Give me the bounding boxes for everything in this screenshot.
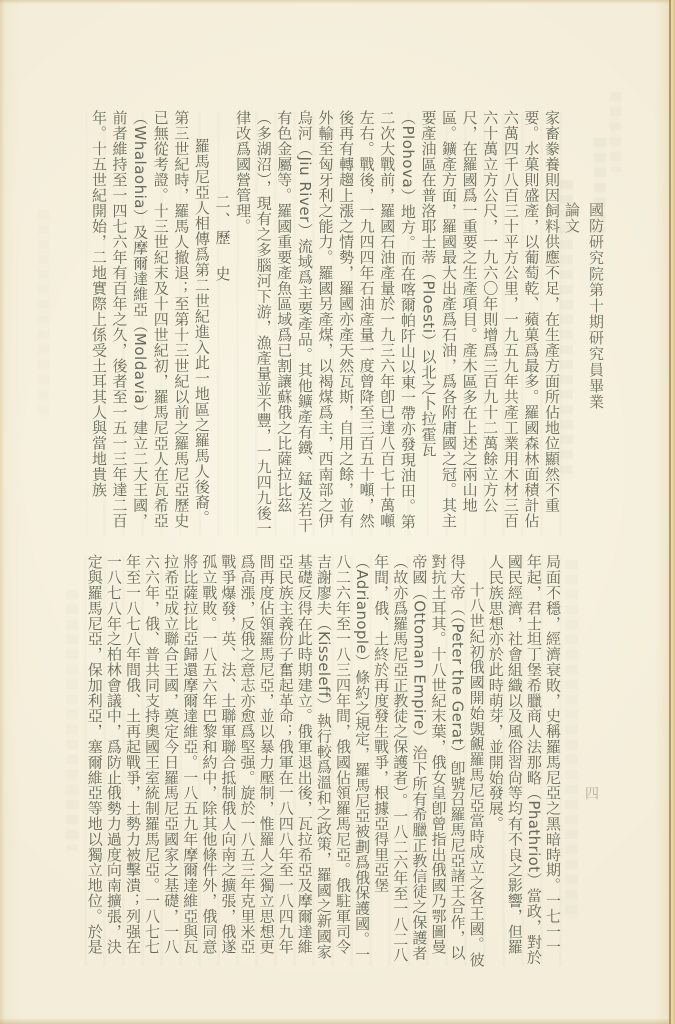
- scanned-page: 國防研究院第十期研究員畢業論文 四 家畜豢養則因飼料供應不足，在生產方面所佔地位…: [0, 0, 675, 1024]
- page-edge-top: [0, 0, 675, 4]
- bleed-through-text: [38, 210, 49, 420]
- bleed-through-text: [565, 560, 578, 920]
- lower-text-register: 局面不穩，經濟衰敗，史稱羅馬尼亞之黑暗時期。一七一一年起，君士坦丁堡希臘商人法那…: [84, 554, 562, 968]
- page-edge-right: [667, 0, 675, 1024]
- history-paragraph-continuation: 局面不穩，經濟衰敗，史稱羅馬尼亞之黑暗時期。一七一一年起，君士坦丁堡希臘商人法那…: [486, 554, 562, 968]
- page-binding-line: [669, 0, 671, 1024]
- section-heading-history: 二、歷 史: [212, 110, 233, 538]
- page-edge-bottom: [0, 1018, 675, 1024]
- economy-paragraph-continuation: 家畜豢養則因飼料供應不足，在生產方面所佔地位顯然不重要。水菓則盛產，以葡萄乾、蘋…: [233, 110, 563, 538]
- bleed-through-text: [66, 590, 78, 850]
- folio-page-number: 四: [579, 786, 601, 812]
- upper-text-register: 家畜豢養則因飼料供應不足，在生產方面所佔地位顯然不重要。水菓則盛產，以葡萄乾、蘋…: [86, 110, 562, 538]
- running-head-title: 國防研究院第十期研究員畢業論文: [582, 202, 608, 412]
- page-edge-left: [0, 0, 5, 1024]
- russian-influence-paragraph: 十八世紀初俄國開始覬覦羅馬尼亞當時成立之各王國。彼得大帝（（Peter the …: [84, 554, 486, 968]
- bleed-through-text: [610, 92, 621, 172]
- history-paragraph-start: 羅馬尼亞人相傳爲第二世紀進入此一地區之羅馬人後裔。第三世紀時，羅馬人撤退；至第十…: [86, 110, 212, 538]
